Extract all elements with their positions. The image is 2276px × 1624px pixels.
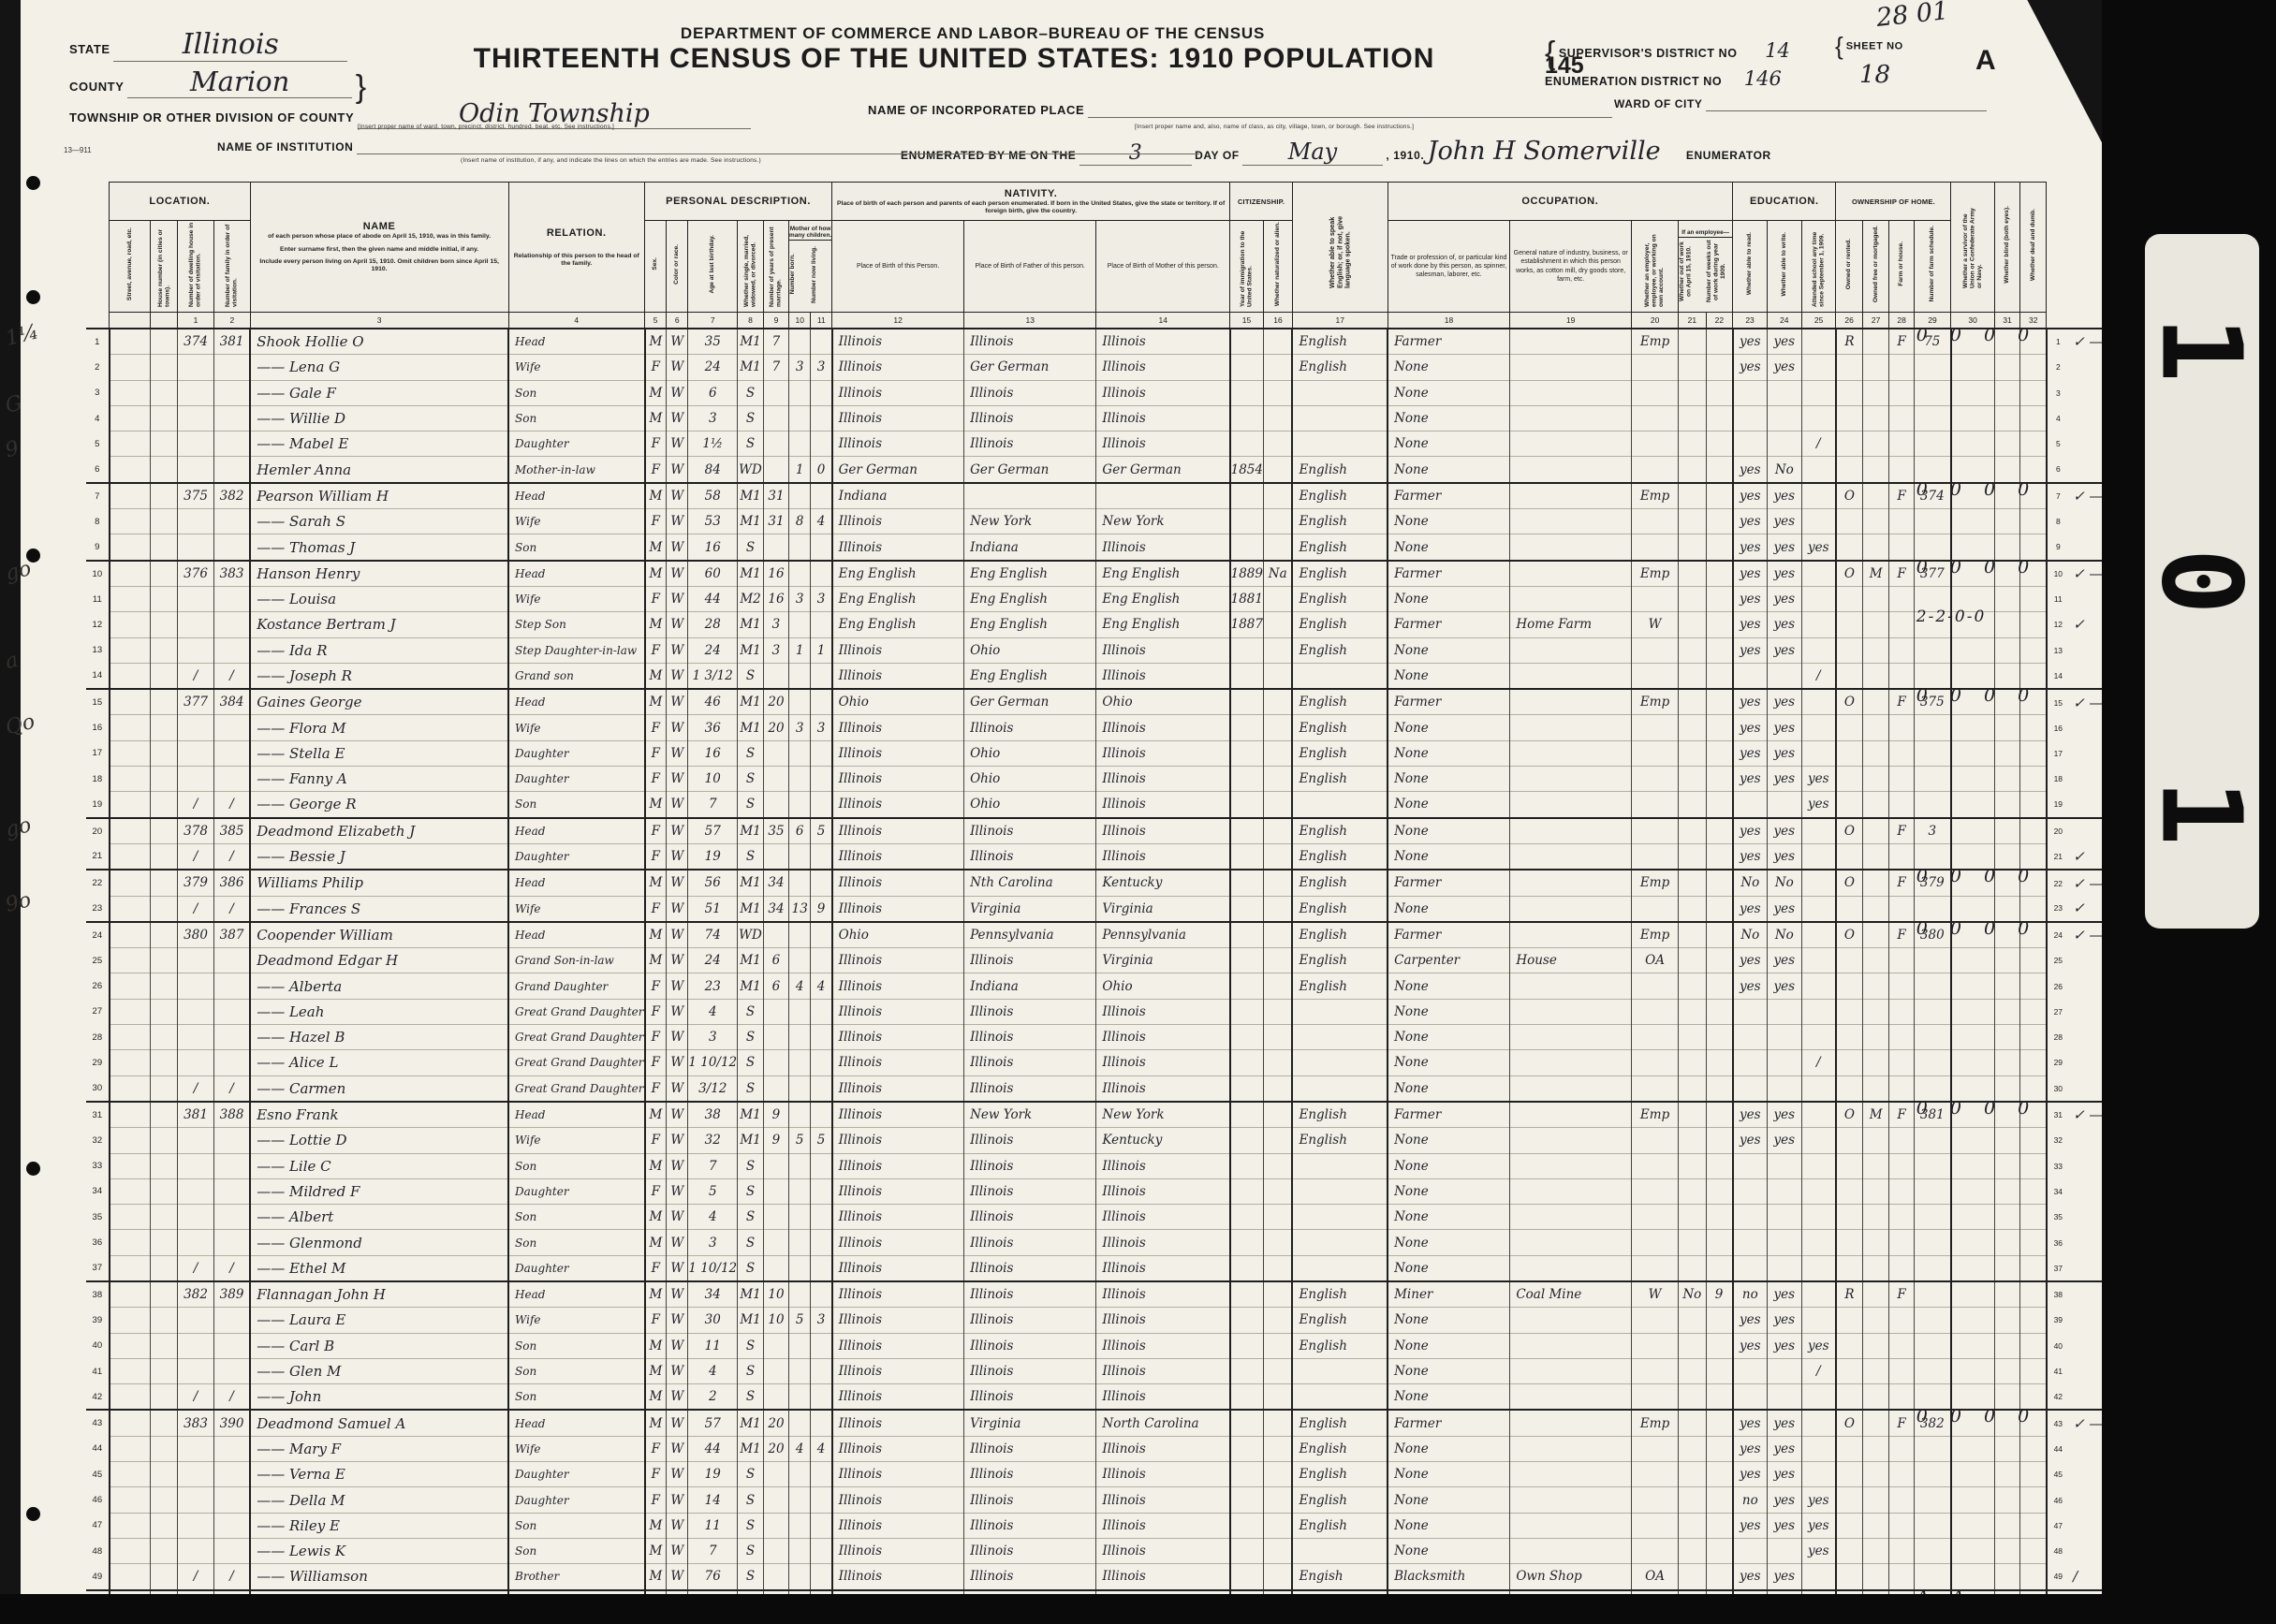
cell-im [1230,1513,1264,1538]
cell-p1: Illinois [832,1410,964,1436]
census-row: 20378385Deadmond Elizabeth JHeadFW57M135… [86,818,2107,844]
cell-v [1951,1462,1994,1487]
cell-ym [763,1255,788,1281]
cell-fs [1914,432,1951,457]
cell-hn [151,561,178,587]
cell-b [1994,740,2020,766]
cell-na [1263,509,1292,534]
cell-ag: 46 [688,689,738,715]
sheet-value: 18 [1859,61,1890,89]
cell-d [178,767,214,792]
cell-em [1632,843,1679,870]
cell-tr: None [1388,1487,1510,1513]
cell-wk [1706,405,1733,431]
cell-nm: —— John [250,1384,508,1411]
cell-d [178,432,214,457]
left-line-gutter [86,183,110,329]
cell-fs: 3800 0 0 0 [1914,922,1951,948]
line-number-right: 26 [2047,973,2070,999]
cell-wr: yes [1767,1513,1801,1538]
cell-fh [1889,1050,1914,1075]
cell-im [1230,1153,1264,1178]
cell-cb [789,1178,811,1204]
cell-d [178,1436,214,1461]
cell-v [1951,1333,1994,1358]
cell-p3: Illinois [1096,715,1230,740]
cell-df [2020,1308,2047,1333]
film-digit: 0 [2158,548,2246,614]
cell-ow [1679,355,1706,380]
cell-ow [1679,1128,1706,1153]
cell-fs [1914,1487,1951,1513]
cell-p3: Illinois [1096,1075,1230,1102]
cell-tr: None [1388,637,1510,663]
cell-ind [1510,355,1632,380]
cell-d [178,637,214,663]
cell-fm [1862,896,1889,922]
cell-p1: Illinois [832,355,964,380]
cell-ag: 11 [688,1333,738,1358]
col-pob-mother-header: Place of Birth of Mother of this person. [1096,221,1230,313]
col-number-em: 20 [1632,313,1679,329]
col-relation-header: RELATION. Relationship of this person to… [508,183,645,313]
cell-nm: —— Lile C [250,1153,508,1178]
cell-rd [1733,1025,1768,1050]
cell-em [1632,1436,1679,1461]
line-number-right: 34 [2047,1178,2070,1204]
census-row: 43383390Deadmond Samuel AHeadMW57M120Ill… [86,1410,2107,1436]
cell-f [213,1230,250,1255]
cell-tr: Farmer [1388,329,1510,355]
col-number-hn [151,313,178,329]
cell-rl: Head [508,818,645,844]
cell-fs: 2-2-0-0 [1914,612,1951,637]
cell-cb: 3 [789,715,811,740]
col-number-sc: 25 [1801,313,1836,329]
check-mark [2069,767,2107,792]
cell-na [1263,1205,1292,1230]
cell-p1: Illinois [832,1487,964,1513]
cell-ym [763,999,788,1024]
cell-rl: Wife [508,509,645,534]
cell-rd [1733,1255,1768,1281]
line-number-left: 16 [86,715,110,740]
cell-ag: 28 [688,612,738,637]
cell-em: Emp [1632,561,1679,587]
cell-na [1263,355,1292,380]
cell-na [1263,896,1292,922]
cell-fh [1889,1128,1914,1153]
cell-rd: yes [1733,1436,1768,1461]
cell-tr: Farmer [1388,1410,1510,1436]
cell-na [1263,1513,1292,1538]
cell-b [1994,1333,2020,1358]
cell-ag: 36 [688,715,738,740]
cell-im [1230,509,1264,534]
cell-df [2020,792,2047,818]
col-sex-header: Sex. [645,221,667,313]
cell-df [2020,1281,2047,1308]
cell-wr: yes [1767,561,1801,587]
line-number-left: 6 [86,457,110,483]
line-number-left: 23 [86,896,110,922]
cell-ow [1679,1513,1706,1538]
cell-wk [1706,637,1733,663]
enumerator-signature: John H Somerville [1428,137,1661,166]
cell-o [1836,1025,1862,1050]
cell-p2: Illinois [964,1487,1096,1513]
cell-fh: F [1889,1410,1914,1436]
cell-cl [811,740,832,766]
cell-ind: Coal Mine [1510,1281,1632,1308]
cell-f [213,1205,250,1230]
cell-em [1632,715,1679,740]
cell-p2 [964,483,1096,509]
check-mark: ✓ [2069,896,2107,922]
incorporated-place-label: NAME OF INCORPORATED PLACE [868,103,1084,117]
line-number-left: 35 [86,1205,110,1230]
col-number-d: 1 [178,313,214,329]
cell-p2: New York [964,1102,1096,1128]
cell-wr [1767,1358,1801,1383]
col-employer-header: Whether an employer, employee, or workin… [1632,221,1679,313]
cell-fs [1914,1205,1951,1230]
cell-en [1292,1178,1388,1204]
cell-p3: Illinois [1096,1178,1230,1204]
cell-ym [763,1050,788,1075]
cell-em [1632,1128,1679,1153]
census-row: 24380387Coopender WilliamHeadMW74WDOhioP… [86,922,2107,948]
cell-im [1230,1462,1264,1487]
line-number-left: 22 [86,870,110,896]
cell-fs: 3810 0 0 0 [1914,1102,1951,1128]
cell-v [1951,1025,1994,1050]
cell-df [2020,818,2047,844]
line-number-left: 33 [86,1153,110,1178]
cell-cb: 1 [789,457,811,483]
cell-v [1951,1128,1994,1153]
check-mark [2069,1205,2107,1230]
cell-fm [1862,534,1889,561]
cell-wr: yes [1767,509,1801,534]
film-frame-label: 1 0 1 [2145,234,2259,929]
cell-sc [1801,1075,1836,1102]
cell-p2: Ohio [964,792,1096,818]
cell-d [178,457,214,483]
group-occupation: OCCUPATION. [1388,183,1733,221]
line-number-right: 27 [2047,999,2070,1024]
cell-f [213,1487,250,1513]
cell-df [2020,1333,2047,1358]
line-number-left: 36 [86,1230,110,1255]
cell-en: English [1292,1333,1388,1358]
state-row: STATE Illinois [69,28,347,62]
cell-wk [1706,1358,1733,1383]
cell-cb [789,561,811,587]
cell-b [1994,1358,2020,1383]
cell-sc [1801,483,1836,509]
check-mark [2069,792,2107,818]
cell-d: 382 [178,1281,214,1308]
cell-cb [789,948,811,973]
cell-p1: Eng English [832,612,964,637]
cell-hn [151,1230,178,1255]
cell-ym: 7 [763,355,788,380]
cell-en: English [1292,1102,1388,1128]
sheet-row: { SHEET NO 18 [1835,32,1903,89]
cell-fm [1862,637,1889,663]
check-mark [2069,1384,2107,1411]
cell-cr: W [667,792,688,818]
line-number-left: 18 [86,767,110,792]
cell-ind [1510,509,1632,534]
cell-tr: None [1388,1255,1510,1281]
cell-f [213,1178,250,1204]
cell-p2: Nth Carolina [964,870,1096,896]
col-house-number-header: House number (in cities or towns). [151,221,178,313]
cell-fh [1889,380,1914,405]
cell-rl: Son [508,380,645,405]
cell-p1: Illinois [832,870,964,896]
cell-cr: W [667,1384,688,1411]
line-number-right: 4 [2047,405,2070,431]
cell-df [2020,1487,2047,1513]
cell-tr: None [1388,1230,1510,1255]
check-mark [2069,1308,2107,1333]
check-mark [2069,534,2107,561]
cell-b [1994,1564,2020,1590]
cell-hn [151,740,178,766]
cell-cb [789,1025,811,1050]
cell-en: English [1292,483,1388,509]
cell-df [2020,999,2047,1024]
cell-o [1836,432,1862,457]
cell-ag: 24 [688,948,738,973]
cell-sc: yes [1801,1333,1836,1358]
line-number-right: 23 [2047,896,2070,922]
cell-rl: Head [508,689,645,715]
col-number-fm: 27 [1862,313,1889,329]
cell-fs [1914,1333,1951,1358]
cell-sx: M [645,1333,667,1358]
cell-hn [151,1128,178,1153]
cell-rl: Wife [508,1128,645,1153]
col-number-rd: 23 [1733,313,1768,329]
cell-f [213,999,250,1024]
cell-fh [1889,612,1914,637]
cell-fm: M [1862,561,1889,587]
cell-p1: Illinois [832,973,964,999]
registration-dot [26,176,40,190]
cell-hn [151,818,178,844]
cell-tr: Carpenter [1388,948,1510,973]
cell-fh [1889,1513,1914,1538]
cell-wr: yes [1767,612,1801,637]
cell-f [213,740,250,766]
cell-fm: M [1862,1102,1889,1128]
cell-d: / [178,1255,214,1281]
cell-fm [1862,870,1889,896]
cell-df [2020,1128,2047,1153]
cell-fh [1889,948,1914,973]
cell-st [110,1410,151,1436]
cell-na [1263,1075,1292,1102]
cell-wk [1706,534,1733,561]
cell-ag: 19 [688,843,738,870]
cell-d: / [178,896,214,922]
cell-p3: Illinois [1096,432,1230,457]
cell-em: Emp [1632,329,1679,355]
township-note: [Insert proper name of ward, town, preci… [358,124,614,130]
cell-ow [1679,1308,1706,1333]
cell-cb [789,1333,811,1358]
cell-v [1951,1050,1994,1075]
cell-p3: Illinois [1096,1538,1230,1563]
cell-d: / [178,1564,214,1590]
cell-ym: 10 [763,1281,788,1308]
cell-mr: S [738,1230,764,1255]
cell-ind [1510,870,1632,896]
cell-mr: S [738,534,764,561]
cell-ind: House [1510,948,1632,973]
cell-en: English [1292,922,1388,948]
cell-sx: F [645,1178,667,1204]
cell-ag: 11 [688,1513,738,1538]
cell-nm: —— Riley E [250,1513,508,1538]
cell-p3: Illinois [1096,1358,1230,1383]
cell-na [1263,1308,1292,1333]
cell-b [1994,1205,2020,1230]
cell-cl [811,792,832,818]
census-row: 18—— Fanny ADaughterFW10SIllinoisOhioIll… [86,767,2107,792]
cell-f [213,715,250,740]
check-mark: ✓ — [2069,870,2107,896]
col-farm-schedule-header: Number of farm schedule. [1914,221,1951,313]
cell-ind [1510,1436,1632,1461]
cell-f [213,767,250,792]
cell-rd: yes [1733,740,1768,766]
cell-im [1230,1564,1264,1590]
cell-v [1951,999,1994,1024]
cell-ind [1510,1308,1632,1333]
cell-o [1836,999,1862,1024]
cell-nm: Williams Philip [250,870,508,896]
cell-wk [1706,1538,1733,1563]
cell-sx: F [645,509,667,534]
cell-cb: 3 [789,586,811,611]
cell-fs [1914,999,1951,1024]
line-number-left: 48 [86,1538,110,1563]
cell-fm [1862,818,1889,844]
cell-sc [1801,689,1836,715]
cell-cr: W [667,896,688,922]
cell-sc: / [1801,663,1836,689]
cell-v [1951,380,1994,405]
cell-cl [811,612,832,637]
cell-p2: Indiana [964,973,1096,999]
cell-ym [763,767,788,792]
census-row: 8—— Sarah SWifeFW53M13184IllinoisNew Yor… [86,509,2107,534]
cell-fh [1889,509,1914,534]
line-number-right: 29 [2047,1050,2070,1075]
cell-sc: yes [1801,1487,1836,1513]
cell-nm: —— Sarah S [250,509,508,534]
cell-wr: yes [1767,586,1801,611]
cell-sx: F [645,767,667,792]
cell-wr [1767,1205,1801,1230]
line-number-right: 19 [2047,792,2070,818]
cell-ym [763,922,788,948]
cell-sc: / [1801,1358,1836,1383]
cell-wr: yes [1767,1564,1801,1590]
cell-ym [763,534,788,561]
cell-o [1836,1384,1862,1411]
cell-cl [811,767,832,792]
check-mark [2069,1538,2107,1563]
cell-sx: F [645,1308,667,1333]
cell-fm [1862,1333,1889,1358]
cell-p1: Illinois [832,1513,964,1538]
enum-month: May [1288,139,1337,165]
cell-im [1230,1230,1264,1255]
cell-mr: M1 [738,509,764,534]
cell-rd [1733,1075,1768,1102]
cell-em [1632,663,1679,689]
cell-cb [789,534,811,561]
cell-en: English [1292,843,1388,870]
cell-rl: Head [508,483,645,509]
cell-p1: Illinois [832,1308,964,1333]
col-number-wr: 24 [1767,313,1801,329]
cell-p2: Illinois [964,1281,1096,1308]
cell-sx: F [645,715,667,740]
cell-f [213,1153,250,1178]
census-row: 10376383Hanson HenryHeadMW60M116Eng Engl… [86,561,2107,587]
check-mark [2069,1025,2107,1050]
line-number-left: 24 [86,922,110,948]
cell-ind [1510,483,1632,509]
cell-p3: Illinois [1096,405,1230,431]
cell-mr: S [738,1384,764,1411]
cell-sx: F [645,1025,667,1050]
cell-d [178,1308,214,1333]
line-number-left: 28 [86,1025,110,1050]
cell-st [110,663,151,689]
day-of-label: DAY OF [1195,149,1240,162]
cell-na [1263,973,1292,999]
cell-p3: Illinois [1096,740,1230,766]
cell-fh [1889,1436,1914,1461]
cell-o [1836,663,1862,689]
check-mark: ✓ — [2069,689,2107,715]
census-row: 22379386Williams PhilipHeadMW56M134Illin… [86,870,2107,896]
cell-v [1951,1255,1994,1281]
cell-mr: M1 [738,689,764,715]
cell-hn [151,432,178,457]
cell-p3: Illinois [1096,1281,1230,1308]
cell-nm: —— Joseph R [250,663,508,689]
cell-en [1292,792,1388,818]
cell-p3: Illinois [1096,1462,1230,1487]
group-education: EDUCATION. [1733,183,1836,221]
cell-wk [1706,1487,1733,1513]
cell-df [2020,1358,2047,1383]
cell-na [1263,380,1292,405]
cell-p2: Illinois [964,1255,1096,1281]
cell-cl: 5 [811,1128,832,1153]
cell-sc: / [1801,1050,1836,1075]
cell-sx: F [645,740,667,766]
